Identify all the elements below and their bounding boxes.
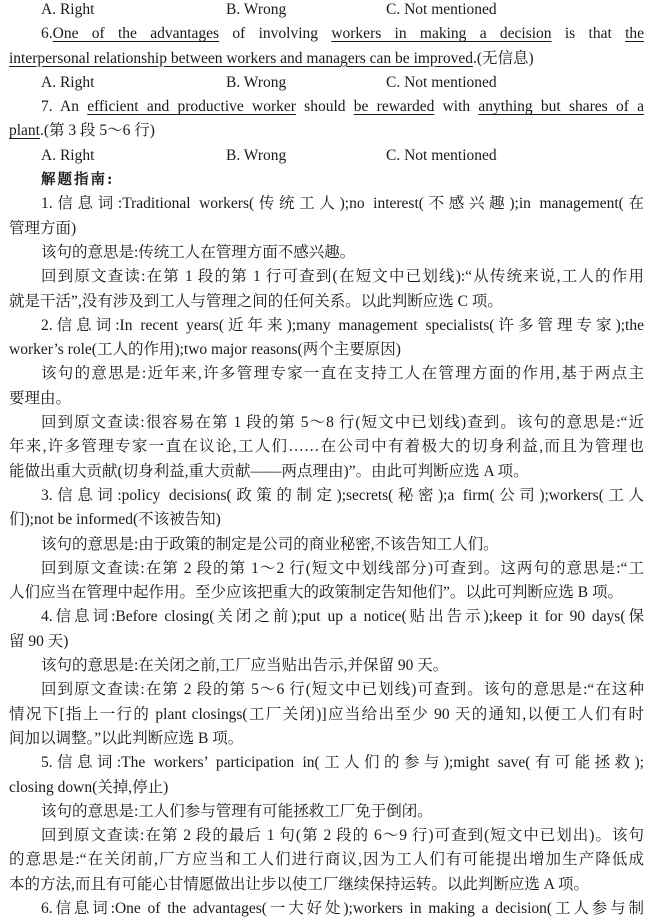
- question-text: of involving: [219, 25, 331, 42]
- guide-line: 就是干活”,没有涉及到工人与管理之间的任何关系。以此判断应选 C 项。: [9, 290, 644, 314]
- underlined-phrase: efficient and productive worker: [87, 98, 296, 115]
- guide-line: 人们应当在管理中起作用。至少应该把重大的政策制定告知他们”。以此可判断应选 B …: [9, 581, 644, 605]
- option-c: C. Not mentioned: [386, 71, 497, 95]
- question-6-line-2: interpersonal relationship between worke…: [9, 47, 644, 71]
- guide-line: 4.信息词:Before closing(关闭之前);put up a noti…: [9, 605, 644, 629]
- question-text: should: [296, 98, 354, 115]
- underlined-phrase: the: [625, 25, 644, 42]
- guide-line: 该句的意思是:由于政策的制定是公司的商业秘密,不该告知工人们。: [9, 533, 644, 557]
- guide-line: 们);not be informed(不该被告知): [9, 508, 644, 532]
- guide-heading-text: 解题指南:: [41, 171, 114, 188]
- guide-line: 留 90 天): [9, 630, 644, 654]
- underlined-phrase: plant: [9, 122, 40, 139]
- guide-line: 本的方法,而且有可能心甘情愿做出让步以使工厂继续保持运转。以此判断应选 A 项。: [9, 873, 644, 897]
- guide-line: closing down(关掉,停止): [9, 776, 644, 800]
- option-b: B. Wrong: [226, 144, 386, 168]
- document-page: A. Right B. Wrong C. Not mentioned 6.One…: [0, 0, 650, 921]
- guide-line: 该句的意思是:工人们参与管理有可能拯救工厂免于倒闭。: [9, 800, 644, 824]
- guide-line: 的意思是:“在关闭前,厂方应当和工人们进行商议,因为工人们有可能提出增加生产降低…: [9, 848, 644, 872]
- option-c: C. Not mentioned: [386, 0, 497, 22]
- guide-line: 1.信息词:Traditional workers(传统工人);no inter…: [9, 192, 644, 216]
- guide-line: 该句的意思是:近年来,许多管理专家一直在支持工人在管理方面的作用,基于两点主: [9, 362, 644, 386]
- guide-line: 该句的意思是:在关闭之前,工厂应当贴出告示,并保留 90 天。: [9, 654, 644, 678]
- guide-line: 能做出重大贡献(切身利益,重大贡献——两点理由)”。由此可判断应选 A 项。: [9, 460, 644, 484]
- guide-line: worker’s role(工人的作用);two major reasons(两…: [9, 338, 644, 362]
- answer-options-q7: A. Right B. Wrong C. Not mentioned: [9, 144, 644, 168]
- question-text: An: [53, 98, 88, 115]
- question-number: 7.: [41, 98, 53, 115]
- guide-line: 间加以调整。”以此判断应选 B 项。: [9, 727, 644, 751]
- answer-options-q5: A. Right B. Wrong C. Not mentioned: [9, 0, 644, 22]
- guide-line: 回到原文查读:在第 1 段的第 1 行可查到(在短文中已划线):“从传统来说,工…: [9, 265, 644, 289]
- guide-line: 3.信息词:policy decisions(政策的制定);secrets(秘密…: [9, 484, 644, 508]
- underlined-phrase: One of the advantages: [53, 25, 219, 42]
- guide-line: 回到原文查读:在第 2 段的第 1～2 行(短文中划线部分)可查到。这两句的意思…: [9, 557, 644, 581]
- underlined-phrase: workers in making a decision: [331, 25, 551, 42]
- guide-line: 回到原文查读:在第 2 段的第 5～6 行(短文中已划线)可查到。该句的意思是:…: [9, 678, 644, 702]
- underlined-phrase: interpersonal relationship between worke…: [9, 50, 473, 67]
- option-b: B. Wrong: [226, 71, 386, 95]
- source-note: .(无信息): [473, 50, 534, 67]
- guide-line: 该句的意思是:传统工人在管理方面不感兴趣。: [9, 241, 644, 265]
- guide-line: 年来,许多管理专家一直在议论,工人们……在公司中有着极大的切身利益,而且为管理也: [9, 435, 644, 459]
- source-note: .(第 3 段 5～6 行): [40, 122, 155, 139]
- underlined-phrase: anything but shares of a: [478, 98, 644, 115]
- question-number: 6.: [41, 25, 53, 42]
- question-text: is that: [552, 25, 626, 42]
- guide-line: 5.信息词:The workers’ participation in(工人们的…: [9, 751, 644, 775]
- option-c: C. Not mentioned: [386, 144, 497, 168]
- question-text: with: [434, 98, 478, 115]
- option-a: A. Right: [41, 71, 226, 95]
- guide-line: 要理由。: [9, 387, 644, 411]
- question-6-line-1: 6.One of the advantages of involving wor…: [9, 22, 644, 46]
- option-a: A. Right: [41, 0, 226, 22]
- option-b: B. Wrong: [226, 0, 386, 22]
- guide-line: 情况下[指上一行的 plant closings(工厂关闭)]应当给出至少 90…: [9, 703, 644, 727]
- question-7-line-2: plant.(第 3 段 5～6 行): [9, 119, 644, 143]
- guide-line: 6.信息词:One of the advantages(一大好处);worker…: [9, 897, 644, 921]
- option-a: A. Right: [41, 144, 226, 168]
- question-7-line-1: 7. An efficient and productive worker sh…: [9, 95, 644, 119]
- guide-line: 2.信息词:In recent years(近年来);many manageme…: [9, 314, 644, 338]
- underlined-phrase: be rewarded: [354, 98, 435, 115]
- guide-line: 回到原文查读:很容易在第 1 段的第 5～8 行(短文中已划线)查到。该句的意思…: [9, 411, 644, 435]
- guide-line: 管理方面): [9, 217, 644, 241]
- guide-line: 回到原文查读:在第 2 段的最后 1 句(第 2 段的 6～9 行)可查到(短文…: [9, 824, 644, 848]
- guide-heading: 解题指南:: [9, 168, 644, 192]
- answer-options-q6: A. Right B. Wrong C. Not mentioned: [9, 71, 644, 95]
